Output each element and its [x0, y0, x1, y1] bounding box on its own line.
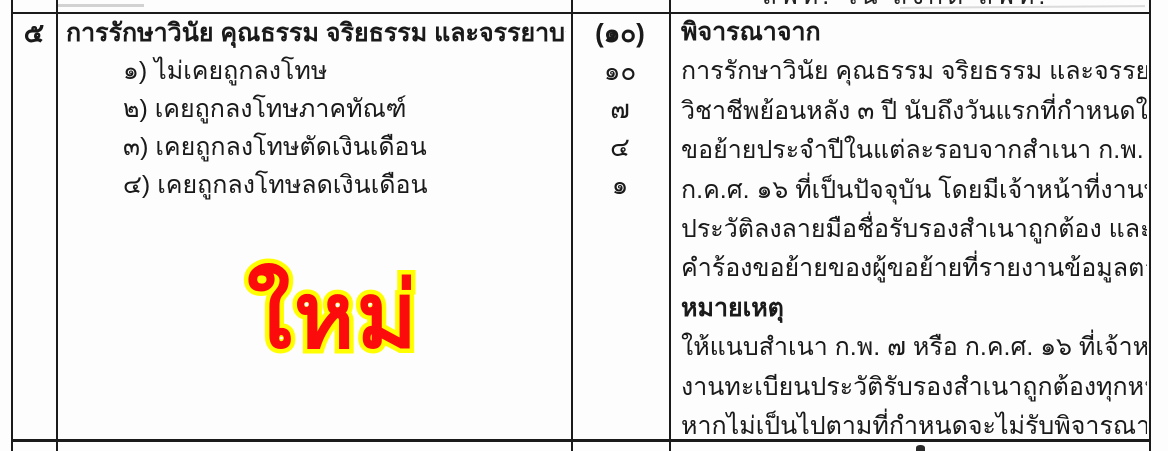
consideration-line: ขอย้ายประจำปีในแต่ละรอบจากสำเนา ก.พ. ๗ ห… [681, 131, 1147, 170]
criteria-item: ๔) เคยถูกลงโทษลดเงินเดือน [66, 166, 566, 204]
consideration-line: ประวัติลงลายมือชื่อรับรองสำเนาถูกต้อง แล… [681, 210, 1147, 249]
table-border-left [11, 0, 13, 451]
consideration-line: ก.ค.ศ. ๑๖ ที่เป็นปัจจุบัน โดยมีเจ้าหน้าท… [681, 171, 1147, 210]
table-border-right [1149, 0, 1151, 451]
note-line: ให้แนบสำเนา ก.พ. ๗ หรือ ก.ค.ศ. ๑๖ ที่เจ้… [681, 328, 1147, 367]
consideration-line: วิชาชีพย้อนหลัง ๓ ปี นับถึงวันแรกที่กำหน… [681, 92, 1147, 131]
score-cell: (๑๐) ๑๐ ๗ ๔ ๑ [571, 14, 669, 204]
score-value: ๔ [571, 128, 669, 166]
note-line: หากไม่เป็นไปตามที่กำหนดจะไม่รับพิจารณา [681, 407, 1147, 446]
criteria-title: การรักษาวินัย คุณธรรม จริยธรรม และจรรยาบ… [66, 14, 566, 52]
score-value: ๑๐ [571, 52, 669, 90]
new-stamp: ใหม่ [228, 260, 438, 378]
row-number-cell: ๕ [11, 14, 57, 52]
clipped-row-below-fragment [916, 445, 925, 451]
consideration-heading: พิจารณาจาก [681, 13, 1147, 52]
criteria-item: ๒) เคยถูกลงโทษภาคทัณฑ์ [66, 90, 566, 128]
consideration-cell: พิจารณาจาก การรักษาวินัย คุณธรรม จริยธรร… [681, 13, 1147, 446]
table-divider-score-column-right [669, 0, 671, 451]
criteria-item: ๓) เคยถูกลงโทษตัดเงินเดือน [66, 128, 566, 166]
score-value: ๗ [571, 90, 669, 128]
criteria-cell: การรักษาวินัย คุณธรรม จริยธรรม และจรรยาบ… [66, 14, 566, 204]
note-line: งานทะเบียนประวัติรับรองสำเนาถูกต้องทุกหน… [681, 368, 1147, 407]
note-heading: หมายเหตุ [681, 289, 1147, 328]
scan-artifact-streak [58, 4, 144, 7]
score-max: (๑๐) [571, 14, 669, 52]
consideration-line: การรักษาวินัย คุณธรรม จริยธรรม และจรรยาบ… [681, 52, 1147, 91]
table-divider-no-column [56, 0, 58, 451]
scanned-document-page: สพท. ใน สังกัด สพท. ๕ การรักษาวินัย คุณธ… [0, 0, 1168, 451]
consideration-line: คำร้องขอย้ายของผู้ขอย้ายที่รายงานข้อมูลต… [681, 249, 1147, 288]
scan-artifact-streak [900, 5, 1145, 9]
criteria-item: ๑) ไม่เคยถูกลงโทษ [66, 52, 566, 90]
score-value: ๑ [571, 166, 669, 204]
